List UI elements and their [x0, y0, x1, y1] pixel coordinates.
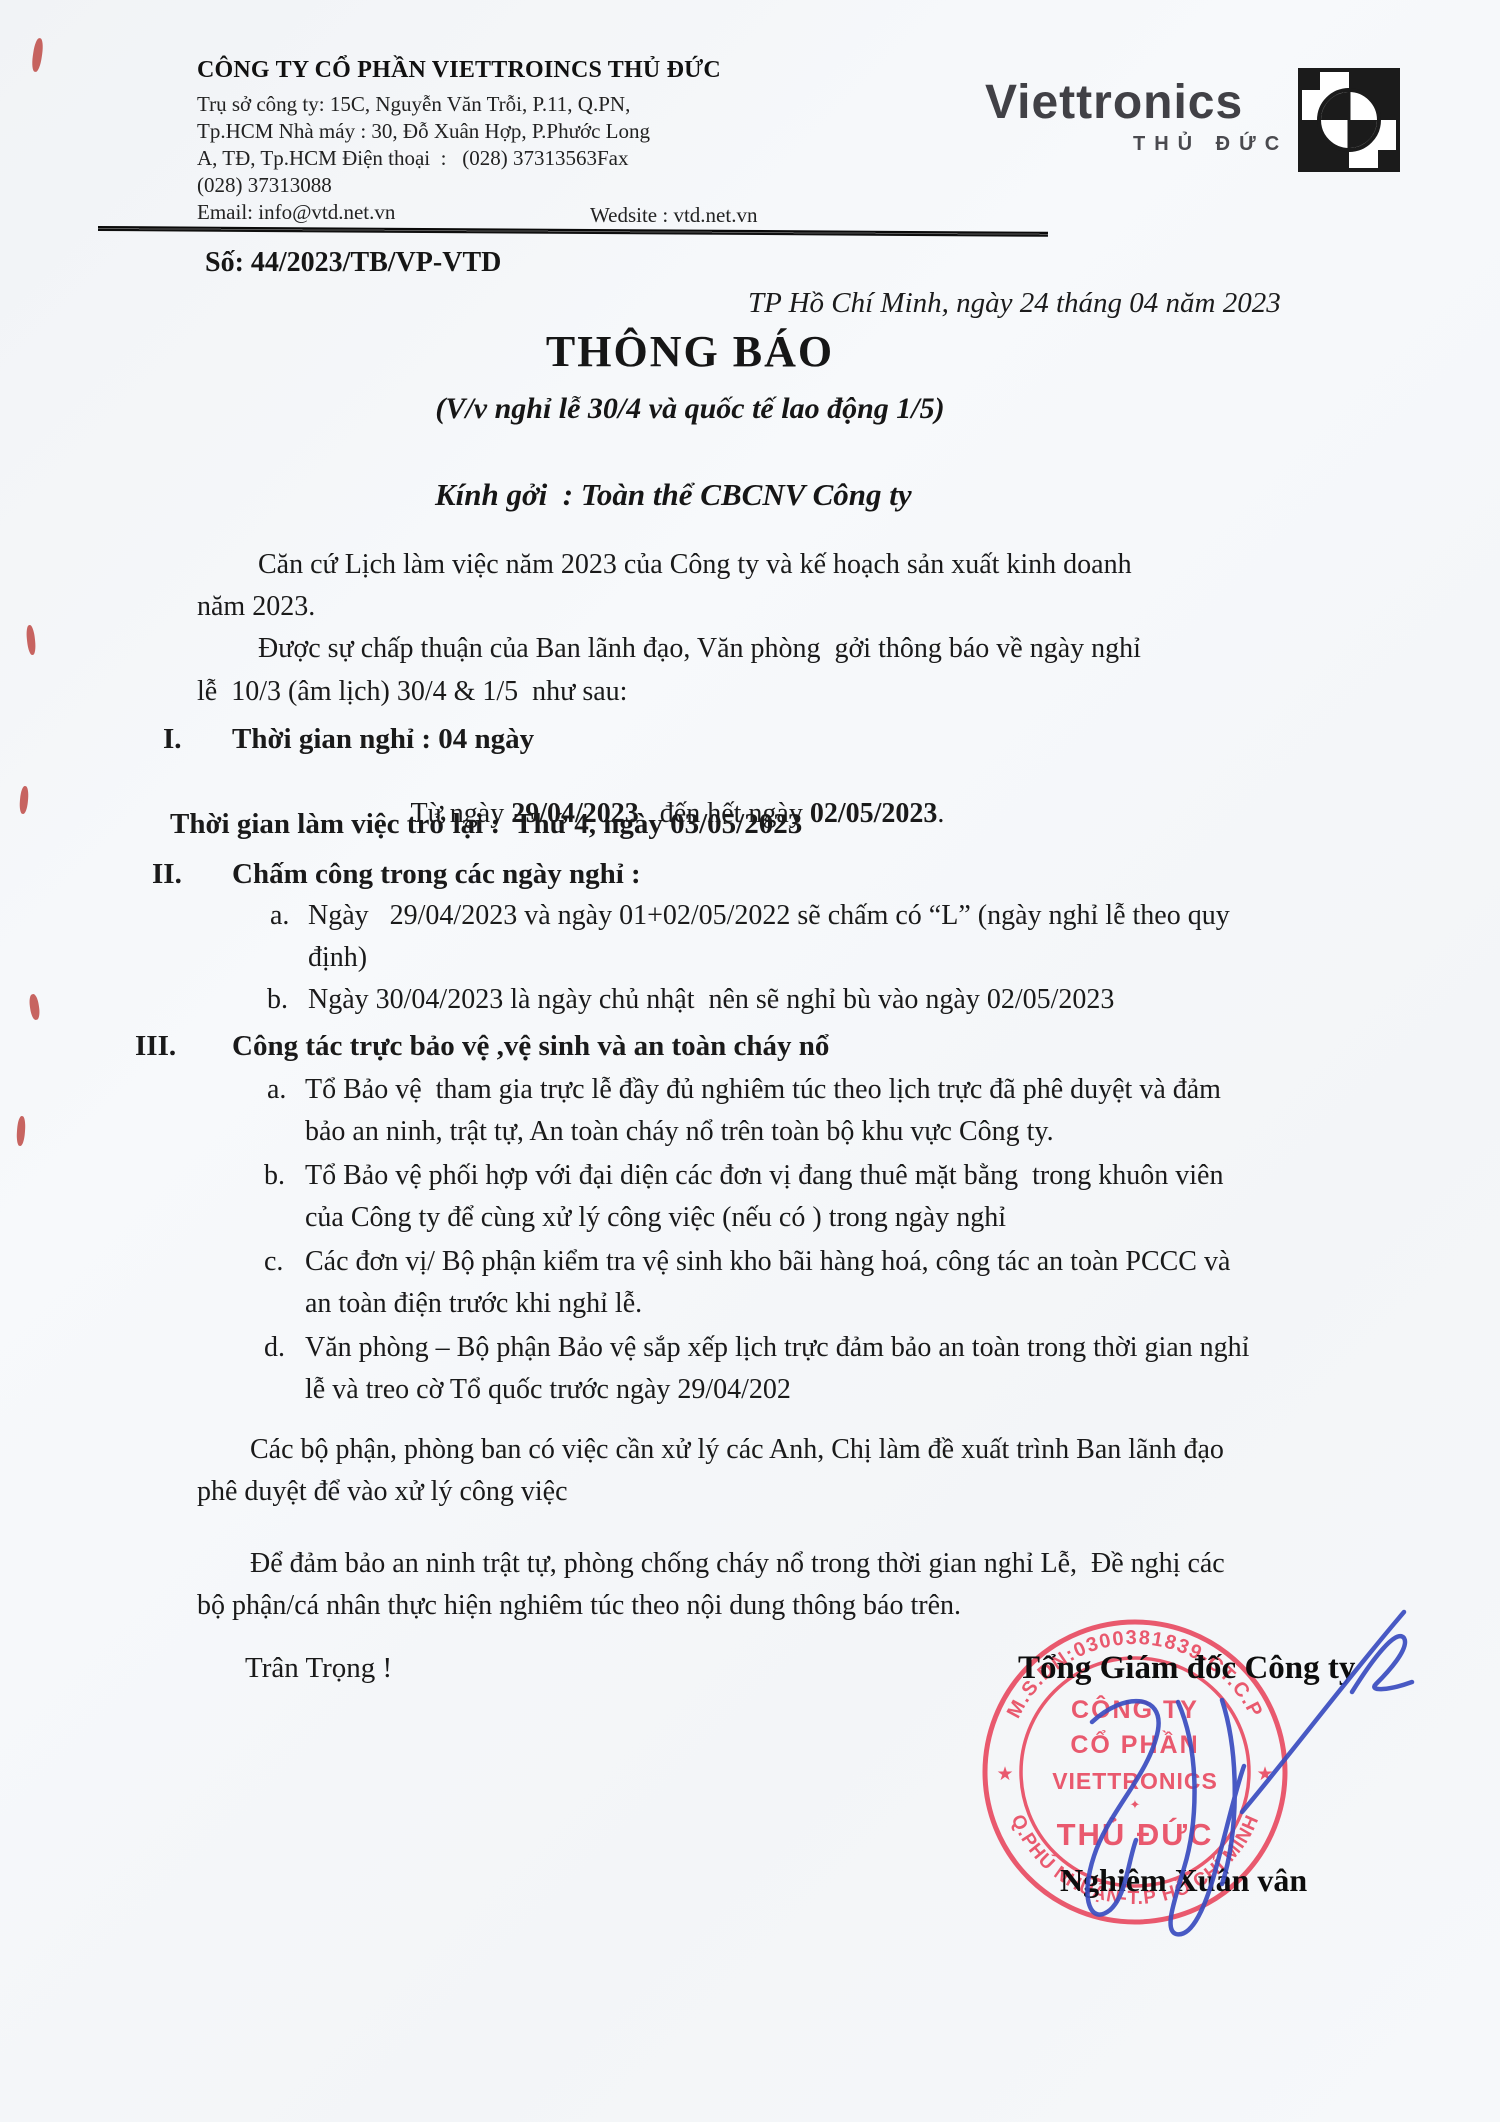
list-item-line: Tổ Bảo vệ tham gia trực lễ đầy đủ nghiêm…: [305, 1074, 1221, 1106]
list-item-line: Các đơn vị/ Bộ phận kiểm tra vệ sinh kho…: [305, 1246, 1230, 1278]
list-item-line: Ngày 29/04/2023 và ngày 01+02/05/2022 sẽ…: [308, 900, 1230, 932]
doc-number: Số: 44/2023/TB/VP-VTD: [205, 247, 501, 279]
doc-title: THÔNG BÁO: [240, 326, 1140, 377]
list-item-line: của Công ty để cùng xử lý công việc (nếu…: [305, 1202, 1006, 1234]
red-margin-mark: [16, 1116, 26, 1146]
section-3-number: III.: [135, 1030, 176, 1063]
company-email: Email: info@vtd.net.vn: [197, 200, 395, 225]
red-margin-mark: [31, 38, 45, 73]
company-phone-line: (028) 37313088: [197, 173, 332, 198]
salutation: Kính gởi : Toàn thể CBCNV Công ty: [435, 477, 912, 513]
closing-paragraph-line: Các bộ phận, phòng ban có việc cần xử lý…: [250, 1434, 1224, 1466]
intro-paragraph-line: Được sự chấp thuận của Ban lãnh đạo, Văn…: [258, 633, 1141, 665]
section-2-number: II.: [152, 858, 182, 891]
list-item-line: Tổ Bảo vệ phối hợp với đại diện các đơn …: [305, 1160, 1223, 1192]
company-website: Wedsite : vtd.net.vn: [590, 203, 757, 228]
list-item-line: định): [308, 942, 367, 974]
company-address-line: Trụ sở công ty: 15C, Nguyễn Văn Trỗi, P.…: [197, 92, 630, 117]
list-item-line: lễ và treo cờ Tổ quốc trước ngày 29/04/2…: [305, 1374, 791, 1406]
list-marker: d.: [264, 1332, 285, 1364]
intro-paragraph-line: năm 2023.: [197, 591, 315, 623]
viettronics-logo-text: Viettronics: [985, 75, 1243, 130]
list-item-line: Ngày 30/04/2023 là ngày chủ nhật nên sẽ …: [308, 984, 1114, 1016]
scanned-document-page: CÔNG TY CỔ PHẦN VIETTROINCS THỦ ĐỨC Trụ …: [0, 0, 1500, 2122]
section-2-heading: Chấm công trong các ngày nghỉ :: [232, 858, 641, 891]
company-address-line: Tp.HCM Nhà máy : 30, Đỗ Xuân Hợp, P.Phướ…: [197, 119, 650, 144]
closing-paragraph-line: Để đảm bảo an ninh trật tự, phòng chống …: [250, 1548, 1225, 1580]
header-divider-rule: [98, 226, 1048, 237]
list-item-line: bảo an ninh, trật tự, An toàn cháy nổ tr…: [305, 1116, 1054, 1148]
company-name: CÔNG TY CỔ PHẦN VIETTROINCS THỦ ĐỨC: [197, 57, 721, 84]
section-1-number: I.: [163, 723, 182, 756]
red-margin-mark: [25, 625, 36, 656]
intro-paragraph-line: lễ 10/3 (âm lịch) 30/4 & 1/5 như sau:: [197, 676, 627, 708]
list-marker: c.: [264, 1246, 283, 1278]
stamp-star-left: ★: [996, 1764, 1013, 1785]
doc-subject: (V/v nghỉ lễ 30/4 và quốc tế lao động 1/…: [240, 392, 1140, 426]
signature-ink-icon: [1030, 1580, 1450, 1960]
section-3-heading: Công tác trực bảo vệ ,vệ sinh và an toàn…: [232, 1030, 829, 1063]
red-margin-mark: [19, 786, 29, 815]
list-marker: b.: [267, 984, 288, 1016]
regards-text: Trân Trọng !: [245, 1652, 392, 1685]
section-1-return-line: Thời gian làm việc trở lại : Thứ 4, ngày…: [170, 808, 802, 841]
closing-paragraph-line: bộ phận/cá nhân thực hiện nghiêm túc the…: [197, 1590, 961, 1622]
list-marker: a.: [270, 900, 289, 932]
viettronics-logo-mark-icon: [1298, 68, 1400, 172]
list-item-line: Văn phòng – Bộ phận Bảo vệ sắp xếp lịch …: [305, 1332, 1249, 1364]
closing-paragraph-line: phê duyệt để vào xử lý công việc: [197, 1476, 568, 1508]
company-address-line: A, TĐ, Tp.HCM Điện thoại : (028) 3731356…: [197, 146, 628, 171]
intro-paragraph-line: Căn cứ Lịch làm việc năm 2023 của Công t…: [258, 549, 1132, 581]
list-marker: a.: [267, 1074, 286, 1106]
period-suffix: .: [937, 798, 944, 829]
red-margin-mark: [28, 994, 41, 1021]
list-item-line: an toàn điện trước khi nghỉ lễ.: [305, 1288, 642, 1320]
viettronics-logo-subtext: THỦ ĐỨC: [1133, 133, 1288, 156]
section-1-heading: Thời gian nghỉ : 04 ngày: [232, 723, 534, 756]
period-end-date: 02/05/2023: [810, 798, 938, 829]
place-date: TP Hồ Chí Minh, ngày 24 tháng 04 năm 202…: [748, 287, 1281, 320]
list-marker: b.: [264, 1160, 285, 1192]
